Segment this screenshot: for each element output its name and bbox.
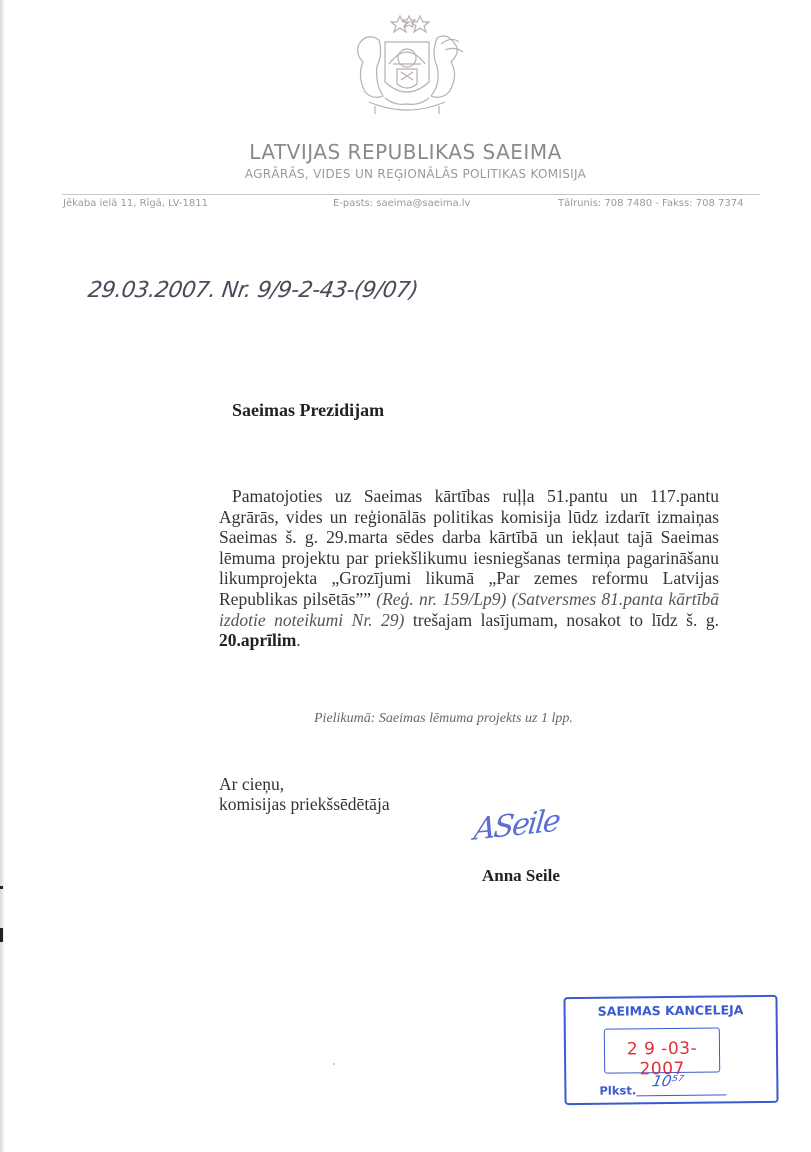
closing-greeting: Ar cieņu, [219, 774, 390, 794]
deadline-date: 20.aprīlim [219, 630, 296, 650]
closing: Ar cieņu, komisijas priekšsēdētāja [219, 774, 390, 814]
body-tail: trešajam lasījumam, nosakot to līdz š. g… [404, 610, 719, 630]
address: Jēkaba ielā 11, Rīgā, LV-1811 [63, 198, 208, 209]
addressee: Saeimas Prezidijam [232, 400, 384, 421]
stamp-date-box: 2 9 -03- 2007 [604, 1027, 720, 1073]
header-divider [62, 194, 760, 195]
coat-of-arms-icon [345, 14, 470, 124]
scan-mark [0, 928, 3, 942]
received-stamp: SAEIMAS KANCELEJA 2 9 -03- 2007 Plkst. 1… [563, 995, 778, 1105]
body-end: . [296, 630, 300, 650]
attachment-note: Pielikumā: Saeimas lēmuma projekts uz 1 … [314, 711, 573, 727]
stamp-time: 10⁵⁷ [651, 1072, 686, 1090]
signer-name: Anna Seile [482, 866, 560, 886]
signer-title: komisijas priekšsēdētāja [219, 794, 390, 814]
scan-mark [0, 886, 3, 889]
committee-name: AGRĀRĀS, VIDES UN REĢIONĀLĀS POLITIKAS K… [0, 167, 811, 181]
stamp-time-label: Plkst. [599, 1083, 636, 1097]
letter-body: Pamatojoties uz Saeimas kārtības ruļļa 5… [219, 486, 719, 651]
organization-name: LATVIJAS REPUBLIKAS SAEIMA [0, 140, 811, 164]
signature: ASeile [472, 803, 560, 847]
handwritten-reference: 29.03.2007. Nr. 9/9-2-43-(9/07) [86, 278, 419, 303]
stamp-title: SAEIMAS KANCELEJA [566, 1002, 776, 1019]
email: E-pasts: saeima@saeima.lv [333, 198, 470, 209]
phone-fax: Tālrunis: 708 7480 - Fakss: 708 7374 [558, 198, 743, 209]
scan-speck [333, 1063, 335, 1065]
stamp-time-line [636, 1094, 726, 1096]
